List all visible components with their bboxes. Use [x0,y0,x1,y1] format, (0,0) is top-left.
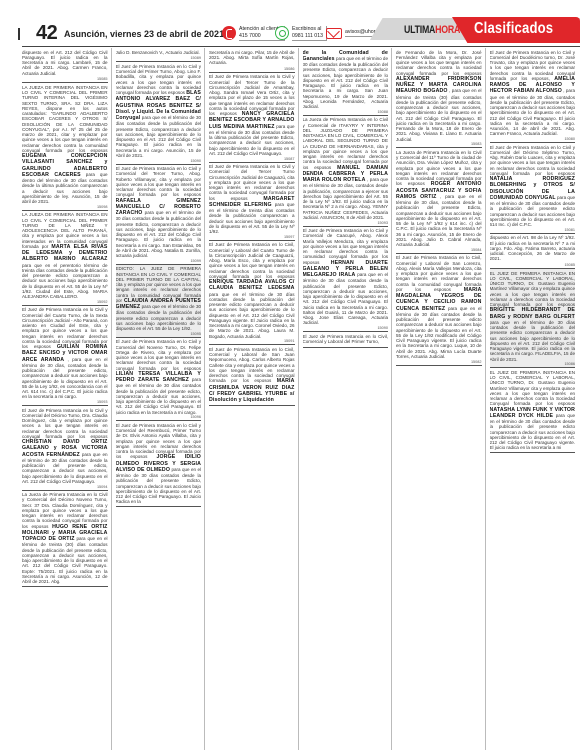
notice-code: 15083 [396,142,482,146]
publication-date: Asunción, viernes 23 de abril de 2021 [64,29,224,39]
fold-mark [18,28,20,40]
legal-notice: El Juez de Primera Instancia en lo Civil… [116,62,202,164]
legal-notice: EDICTO: LA JUEZ DE PRIMERA INSTANCIA EN … [116,265,202,338]
legal-notice: El Juez de Primera Instancia en lo Civil… [116,421,202,507]
notice-code: 15099 [116,259,202,263]
notice-code: 15082 [396,360,482,364]
notice-code: 15098 [22,205,108,209]
legal-notice: EL JUEZ DE PRIMERA INSTANCIA EN LO CIVIL… [490,269,576,368]
column-6: El Juez de Primera Instancia en lo Civil… [490,48,579,750]
page-number: 42 [36,22,57,45]
legal-notice: El Juez de Primera Instancia en lo Civil… [396,254,482,366]
notice-code: 15085 [490,263,576,267]
notice-code: 15080 [490,137,576,141]
legal-notice: El Juez de Primera Instancia en lo Civil… [116,338,202,422]
notice-code: 15084 [396,248,482,252]
column-4: de la Comunidad de Gananciales para que … [303,48,393,750]
legal-notice: El Juez de Primera Instancia en lo Civil… [490,143,576,234]
legal-notice: El Juez de Primera Instancia en lo Civil… [209,241,295,346]
whatsapp-icon [275,26,289,40]
legal-notice: Secretaría a mi cargo. Pilar, 15 de Abri… [209,48,295,73]
legal-notice: dispuesto en el Art. 212 del Código Civi… [22,48,108,83]
notice-code: 15095 [116,332,202,336]
notice-code: 15091 [209,339,295,343]
notice-code: 15094 [22,485,108,489]
column-5: de Fernando de la Mora, Dr. José Fernánd… [396,48,486,750]
notice-code: 15085 [22,77,108,81]
legal-notice: EL JUEZ DE PRIMERA INSTANCIA EN LO CIVIL… [490,368,576,453]
page-header: 42 Asunción, viernes 23 de abril de 2021… [0,0,580,50]
legal-notice: de Fernando de la Mora, Dr. José Fernánd… [396,48,482,148]
notice-code: 15093 [22,400,108,404]
notice-code: 15088 [303,110,389,114]
notice-code: 15086 [209,67,295,71]
legal-notice: El Juez de Primera Instancia en lo Civil… [490,48,576,143]
notice-code: 15086 [490,362,576,366]
legal-notice: Julio D. Benzanovich V., Actuario Judici… [116,48,202,62]
section-title-tab: Clasificados [452,17,580,43]
legal-notice: LA JUEZA DE PRIMERA INSTANCIA EN LO CIVI… [22,83,108,211]
notice-code: 15090 [116,159,202,163]
mail-icon [326,28,342,39]
legal-notice: dispuesto en el Art. 98 de la Ley Nº 1/9… [490,234,576,269]
legal-notice: de la Comunidad de Gananciales para que … [303,48,389,116]
notice-code: 15090 [303,326,389,330]
legal-notice: El Juez de Primera Instancia en lo Civil… [22,406,108,491]
legal-notice: El Juez de Primera Instancia en lo Civil… [209,163,295,241]
legal-notice: La Jueza de Primera Instancia en lo Civi… [303,116,389,227]
column-1: dispuesto en el Art. 212 del Código Civi… [22,48,112,750]
contact-label: Escribinos al [292,26,323,33]
legal-notice: El Juez de Primera Instancia en lo Civil… [303,332,389,348]
header-divider [22,46,580,47]
legal-notice: La Jueza de Primera Instancia en lo Civi… [396,148,482,254]
legal-notice: El Juez de Primera Instancia en lo Civil… [303,227,389,333]
legal-notice: LA JUEZA DE PRIMERA INSTANCIA EN LO CIVI… [22,211,108,306]
notice-code: 15081 [490,228,576,232]
legal-notice: El Juez de Primera Instancia en lo Civil… [209,345,295,406]
column-3: Secretaría a mi cargo. Pilar, 15 de Abri… [209,48,299,750]
whatsapp-contact: Escribinos al 0981 111 013 [275,22,327,44]
notice-code: 15092 [22,300,108,304]
legal-notice: El Juez de Primera Instancia en lo Civil… [116,165,202,265]
ultimahora-logo: ULTIMAHORA [404,24,460,36]
notice-code: 15097 [209,235,295,239]
column-2: Julio D. Benzanovich V., Actuario Judici… [116,48,206,750]
notice-code: 15087 [209,157,295,161]
notice-code: 15089 [116,56,202,60]
notice-code: 15093 [303,221,389,225]
phone-icon [222,26,236,40]
legal-notice: La Jueza de Primera Instancia en lo Civi… [22,491,108,587]
legal-notice: El Juez de Primera Instancia en lo Civil… [22,306,108,406]
notice-code: 15096 [116,415,202,419]
classifieds-columns: dispuesto en el Art. 212 del Código Civi… [22,48,578,750]
legal-notice: El Juez de Primera Instancia en lo Civil… [209,73,295,163]
contact-value: 0981 111 013 [292,33,323,40]
section-title: Clasificados [474,20,553,38]
